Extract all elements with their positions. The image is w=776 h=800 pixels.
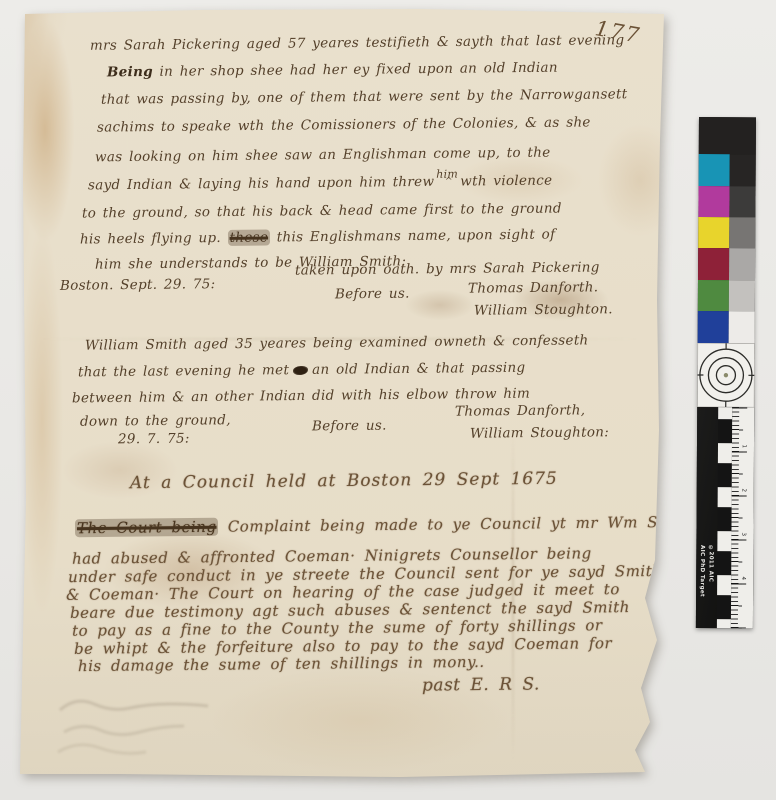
color-patch-cyan: [699, 154, 730, 186]
gray-patch-5: [729, 280, 755, 311]
millimeter-ruler: 1 2 3 4: [731, 407, 754, 628]
photograph-background: 177 mrs Sarah Pickering aged 57 yeares t…: [0, 0, 776, 800]
aic-phd-calibration-target: 1 2 3 4 AIC PhD Target ©2011 AIC: [696, 117, 756, 628]
pickering-line-8-post: this Englishmans name, upon sight of: [277, 227, 556, 246]
color-patch-blue: [698, 311, 729, 343]
council-line-1: The Court being Complaint being made to …: [75, 514, 695, 537]
pickering-line-4: sachims to speake wth the Comissioners o…: [97, 115, 591, 135]
gray-patch-2: [729, 186, 755, 217]
color-patch-dark-red: [698, 248, 729, 280]
target-label-line1: AIC PhD Target: [697, 545, 705, 625]
overwritten-word: Being: [107, 64, 153, 80]
council-line-8: his damage the sume of ten shillings in …: [78, 654, 485, 675]
bullseye-resolution-target: [697, 343, 754, 407]
patch-row-yellow: [698, 217, 755, 248]
struck-word: these: [227, 229, 270, 245]
patch-row-cyan: [699, 154, 756, 186]
pickering-line-2: Being in her shop shee had her ey fixed …: [107, 61, 558, 81]
pickering-line-3: that was passing by, one of them that we…: [101, 87, 628, 107]
smith-witness-stoughton: William Stoughton:: [470, 425, 609, 441]
patch-row-dark-red: [698, 248, 755, 280]
paper-shadow-wrap: 177 mrs Sarah Pickering aged 57 yeares t…: [0, 0, 776, 800]
ruler-section: 1 2 3 4 AIC PhD Target ©2011 AIC: [696, 407, 754, 628]
patch-row-green: [698, 280, 755, 311]
ruler-number: 3: [740, 533, 746, 537]
pickering-line-8-pre: his heels flying up.: [80, 230, 221, 247]
ruler-number: 4: [740, 577, 746, 581]
smith-date: 29. 7. 75:: [118, 432, 190, 448]
color-patch-green: [698, 280, 729, 311]
color-patch-black: [699, 117, 756, 154]
color-patch-yellow: [698, 217, 729, 248]
struck-phrase: The Court being: [75, 518, 219, 538]
ghost-pencil-marks: [52, 688, 352, 768]
pickering-line-6-post: wth violence: [460, 173, 552, 190]
council-passed-signature: past E. R S.: [422, 675, 540, 695]
pickering-witness-danforth: Thomas Danforth.: [468, 280, 598, 296]
pickering-line-6-pre: sayd Indian & laying his hand upon him t…: [88, 174, 434, 194]
pickering-place-date: Boston. Sept. 29. 75:: [60, 277, 216, 293]
pickering-line-8: his heels flying up. these this Englishm…: [80, 228, 555, 248]
gray-patch-6: [729, 311, 755, 343]
gray-patch-4: [729, 248, 755, 280]
color-patch-magenta: [698, 186, 729, 217]
manuscript-paper: 177 mrs Sarah Pickering aged 57 yeares t…: [0, 0, 776, 800]
pickering-attestation: taken upon oath. by mrs Sarah Pickering: [295, 260, 600, 278]
ruler-number: 1: [741, 445, 747, 449]
smith-before-us: Before us.: [312, 419, 387, 435]
centimeter-checker-column: [717, 407, 732, 628]
target-label-line2: ©2011 AIC: [706, 545, 714, 625]
council-heading: At a Council held at Boston 29 Sept 1675: [130, 470, 558, 493]
pickering-line-2-rest: in her shop shee had her ey fixed upon a…: [159, 60, 558, 80]
council-line-1-rest: Complaint being made to ye Council yt mr…: [228, 513, 695, 536]
smith-line-2-pre: that the last evening he met: [78, 362, 289, 380]
smith-line-2-post: an old Indian & that passing: [312, 360, 525, 378]
ink-blot: [293, 366, 308, 375]
smith-line-2: that the last evening he metan old India…: [78, 361, 526, 381]
pickering-line-6: sayd Indian & laying his hand upon him t…: [88, 174, 553, 194]
patch-row-blue: [698, 311, 755, 343]
gray-patch-3: [729, 217, 755, 248]
smith-line-1: William Smith aged 35 yeares being exami…: [85, 333, 589, 353]
pickering-line-5: was looking on him shee saw an Englishma…: [95, 146, 551, 166]
pickering-line-7: to the ground, so that his back & head c…: [82, 201, 562, 221]
pickering-before-us: Before us.: [335, 287, 410, 303]
smith-line-4: down to the ground,: [80, 413, 231, 429]
smith-witness-danforth: Thomas Danforth,: [455, 403, 585, 419]
target-label: AIC PhD Target ©2011 AIC: [697, 545, 717, 625]
gray-patch-1: [730, 154, 756, 186]
ruler-number: 2: [740, 489, 746, 493]
pickering-witness-stoughton: William Stoughton.: [474, 302, 613, 318]
pickering-line-1: mrs Sarah Pickering aged 57 yeares testi…: [90, 33, 625, 53]
inserted-word: him: [436, 169, 458, 181]
patch-row-magenta: [698, 186, 755, 217]
